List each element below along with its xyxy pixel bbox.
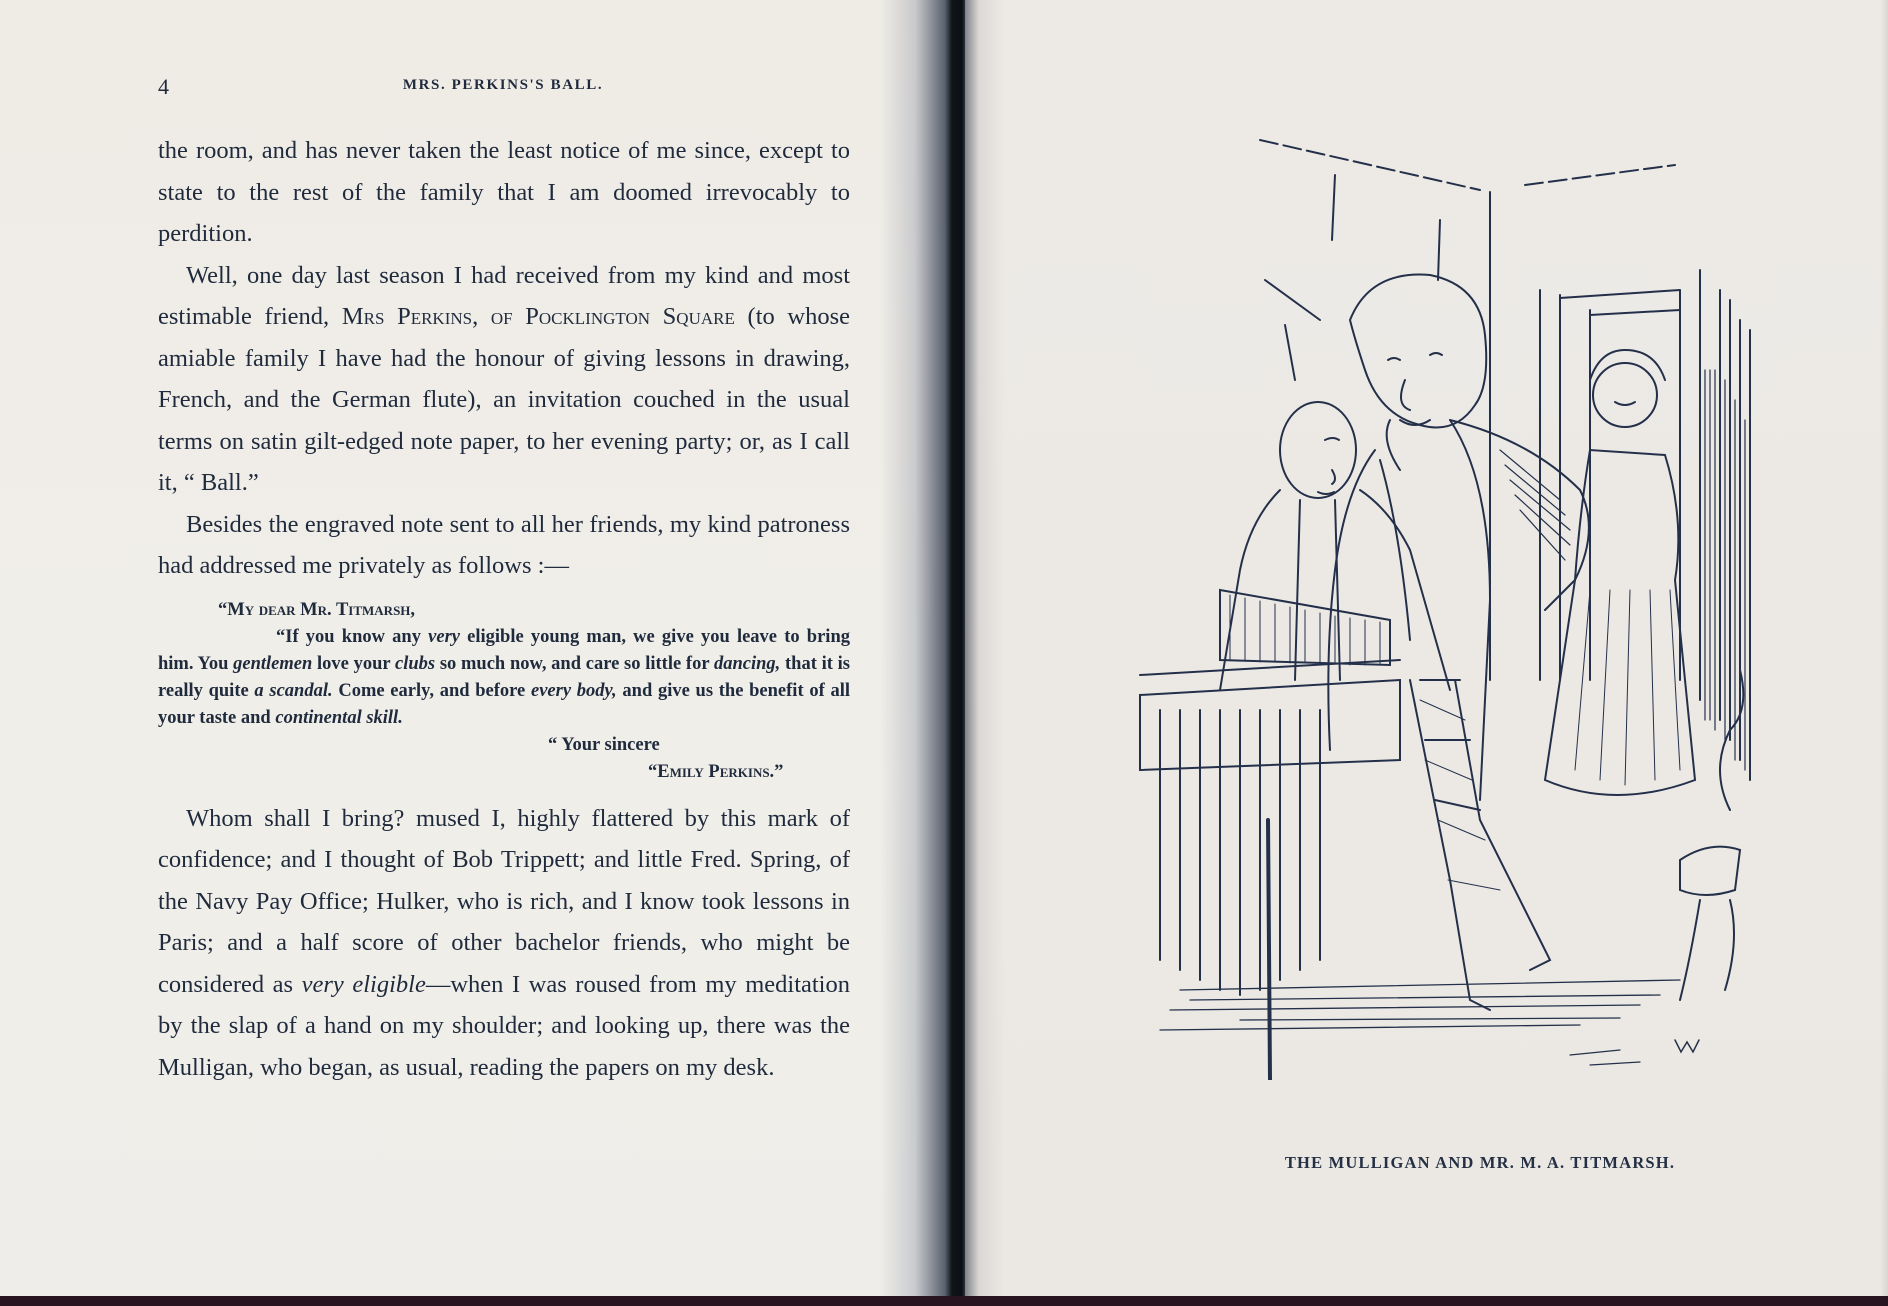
small-caps-name: Mrs Perkins, of Pocklington Square (342, 303, 735, 330)
left-page: 4 MRS. PERKINS'S BALL. the room, and has… (0, 0, 965, 1296)
engraving-illustration (1120, 120, 1820, 1080)
book-spread: 4 MRS. PERKINS'S BALL. the room, and has… (0, 0, 1888, 1296)
paragraph-invitation: Well, one day last season I had received… (158, 255, 850, 504)
body-text: the room, and has never taken the least … (158, 130, 850, 1088)
running-head: 4 MRS. PERKINS'S BALL. (158, 74, 848, 104)
paragraph-patroness: Besides the engraved note sent to all he… (158, 504, 850, 587)
letter-salutation: “My dear Mr. Titmarsh, (158, 597, 850, 624)
book-cover-edge (0, 1296, 1888, 1306)
paragraph-whom-shall-i-bring: Whom shall I bring? mused I, highly flat… (158, 798, 850, 1089)
quoted-letter: “My dear Mr. Titmarsh, “If you know any … (158, 597, 850, 786)
running-head-title: MRS. PERKINS'S BALL. (158, 77, 848, 94)
right-page: THE MULLIGAN AND MR. M. A. TITMARSH. (965, 0, 1888, 1296)
letter-closing: “ Your sincere (158, 732, 850, 759)
letter-body: “If you know any very eligible young man… (158, 624, 850, 732)
illustration-caption: THE MULLIGAN AND MR. M. A. TITMARSH. (1115, 1153, 1845, 1173)
letter-signature: “Emily Perkins.” (158, 759, 850, 786)
paragraph-continuation: the room, and has never taken the least … (158, 130, 850, 255)
